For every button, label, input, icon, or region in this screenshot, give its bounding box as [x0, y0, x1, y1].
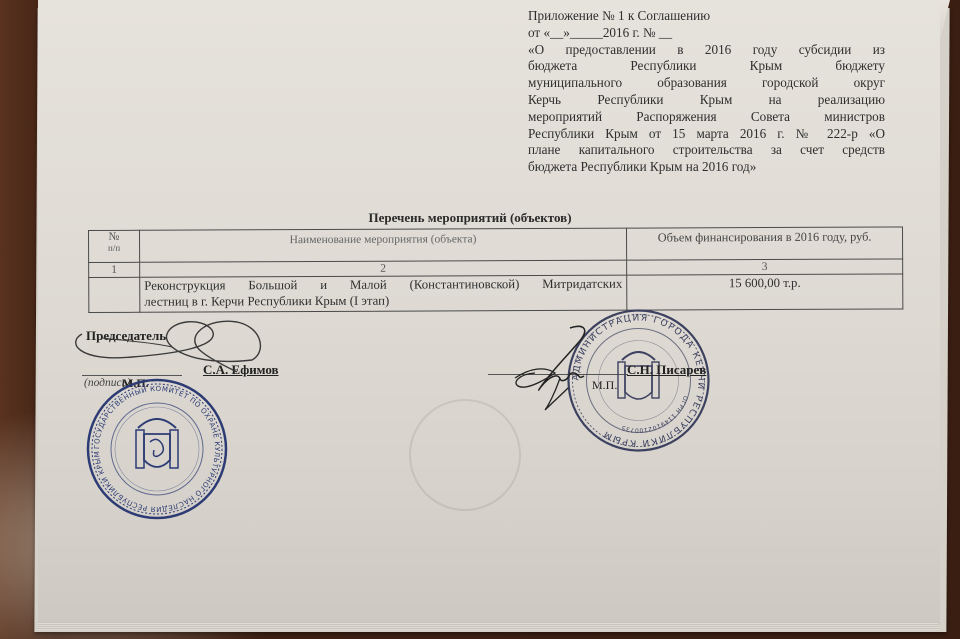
header-num: № п/п — [89, 230, 140, 262]
appendix-body-line: бюджета Республики Крым на 2016 год» — [528, 159, 885, 176]
column-number: 1 — [89, 262, 140, 277]
head-name: С.Н. Писарев — [627, 362, 706, 378]
row-name-line: Реконструкция Большой и Малой (Константи… — [144, 276, 622, 294]
table-row: Реконструкция Большой и Малой (Константи… — [89, 274, 903, 313]
chair-signature-icon — [62, 312, 272, 382]
svg-text:ГОСУДАРСТВЕННЫЙ КОМИТЕТ ПО ОХР: ГОСУДАРСТВЕННЫЙ КОМИТЕТ ПО ОХРАНЕ КУЛЬТУ… — [93, 385, 221, 513]
appendix-date-number: от «__»_____2016 г. № __ — [528, 25, 885, 42]
row-num — [89, 277, 140, 312]
faint-stamp-imprint-icon — [400, 395, 530, 520]
appendix-body-line: муниципального образования городской окр… — [528, 75, 885, 92]
header-num-label: № — [109, 231, 120, 243]
column-number: 3 — [627, 259, 903, 275]
appendix-body-line: бюджета Республики Крым бюджету — [528, 58, 885, 75]
left-official-stamp-icon: ГОСУДАРСТВЕННЫЙ КОМИТЕТ ПО ОХРАНЕ КУЛЬТУ… — [86, 378, 228, 520]
page-stack-edge — [38, 622, 938, 630]
header-num-sub: п/п — [93, 243, 135, 253]
row-name-line: лестниц в г. Керчи Республики Крым (I эт… — [144, 294, 389, 309]
list-title: Перечень мероприятий (объектов) — [320, 210, 620, 226]
appendix-body-line: плане капитального строительства за счет… — [528, 142, 885, 159]
row-name: Реконструкция Большой и Малой (Константи… — [140, 275, 627, 312]
table-header-row: № п/п Наименование мероприятия (объекта)… — [89, 227, 903, 263]
header-amount: Объем финансирования в 2016 году, руб. — [626, 227, 902, 260]
appendix-body-line: Республики Крым от 15 марта 2016 г. № 22… — [528, 126, 885, 143]
appendix-header: Приложение № 1 к Соглашению от «__»_____… — [528, 8, 885, 176]
appendix-title: Приложение № 1 к Соглашению — [528, 8, 885, 25]
appendix-body-line: мероприятий Распоряжения Совета министро… — [528, 109, 885, 126]
appendix-body-line: Керчь Республики Крым на реализацию — [528, 92, 885, 109]
header-name: Наименование мероприятия (объекта) — [140, 228, 627, 262]
activities-table: № п/п Наименование мероприятия (объекта)… — [88, 226, 903, 313]
appendix-body-line: «О предоставлении в 2016 году субсидии и… — [528, 42, 885, 59]
row-amount: 15 600,00 т.р. — [627, 274, 903, 310]
